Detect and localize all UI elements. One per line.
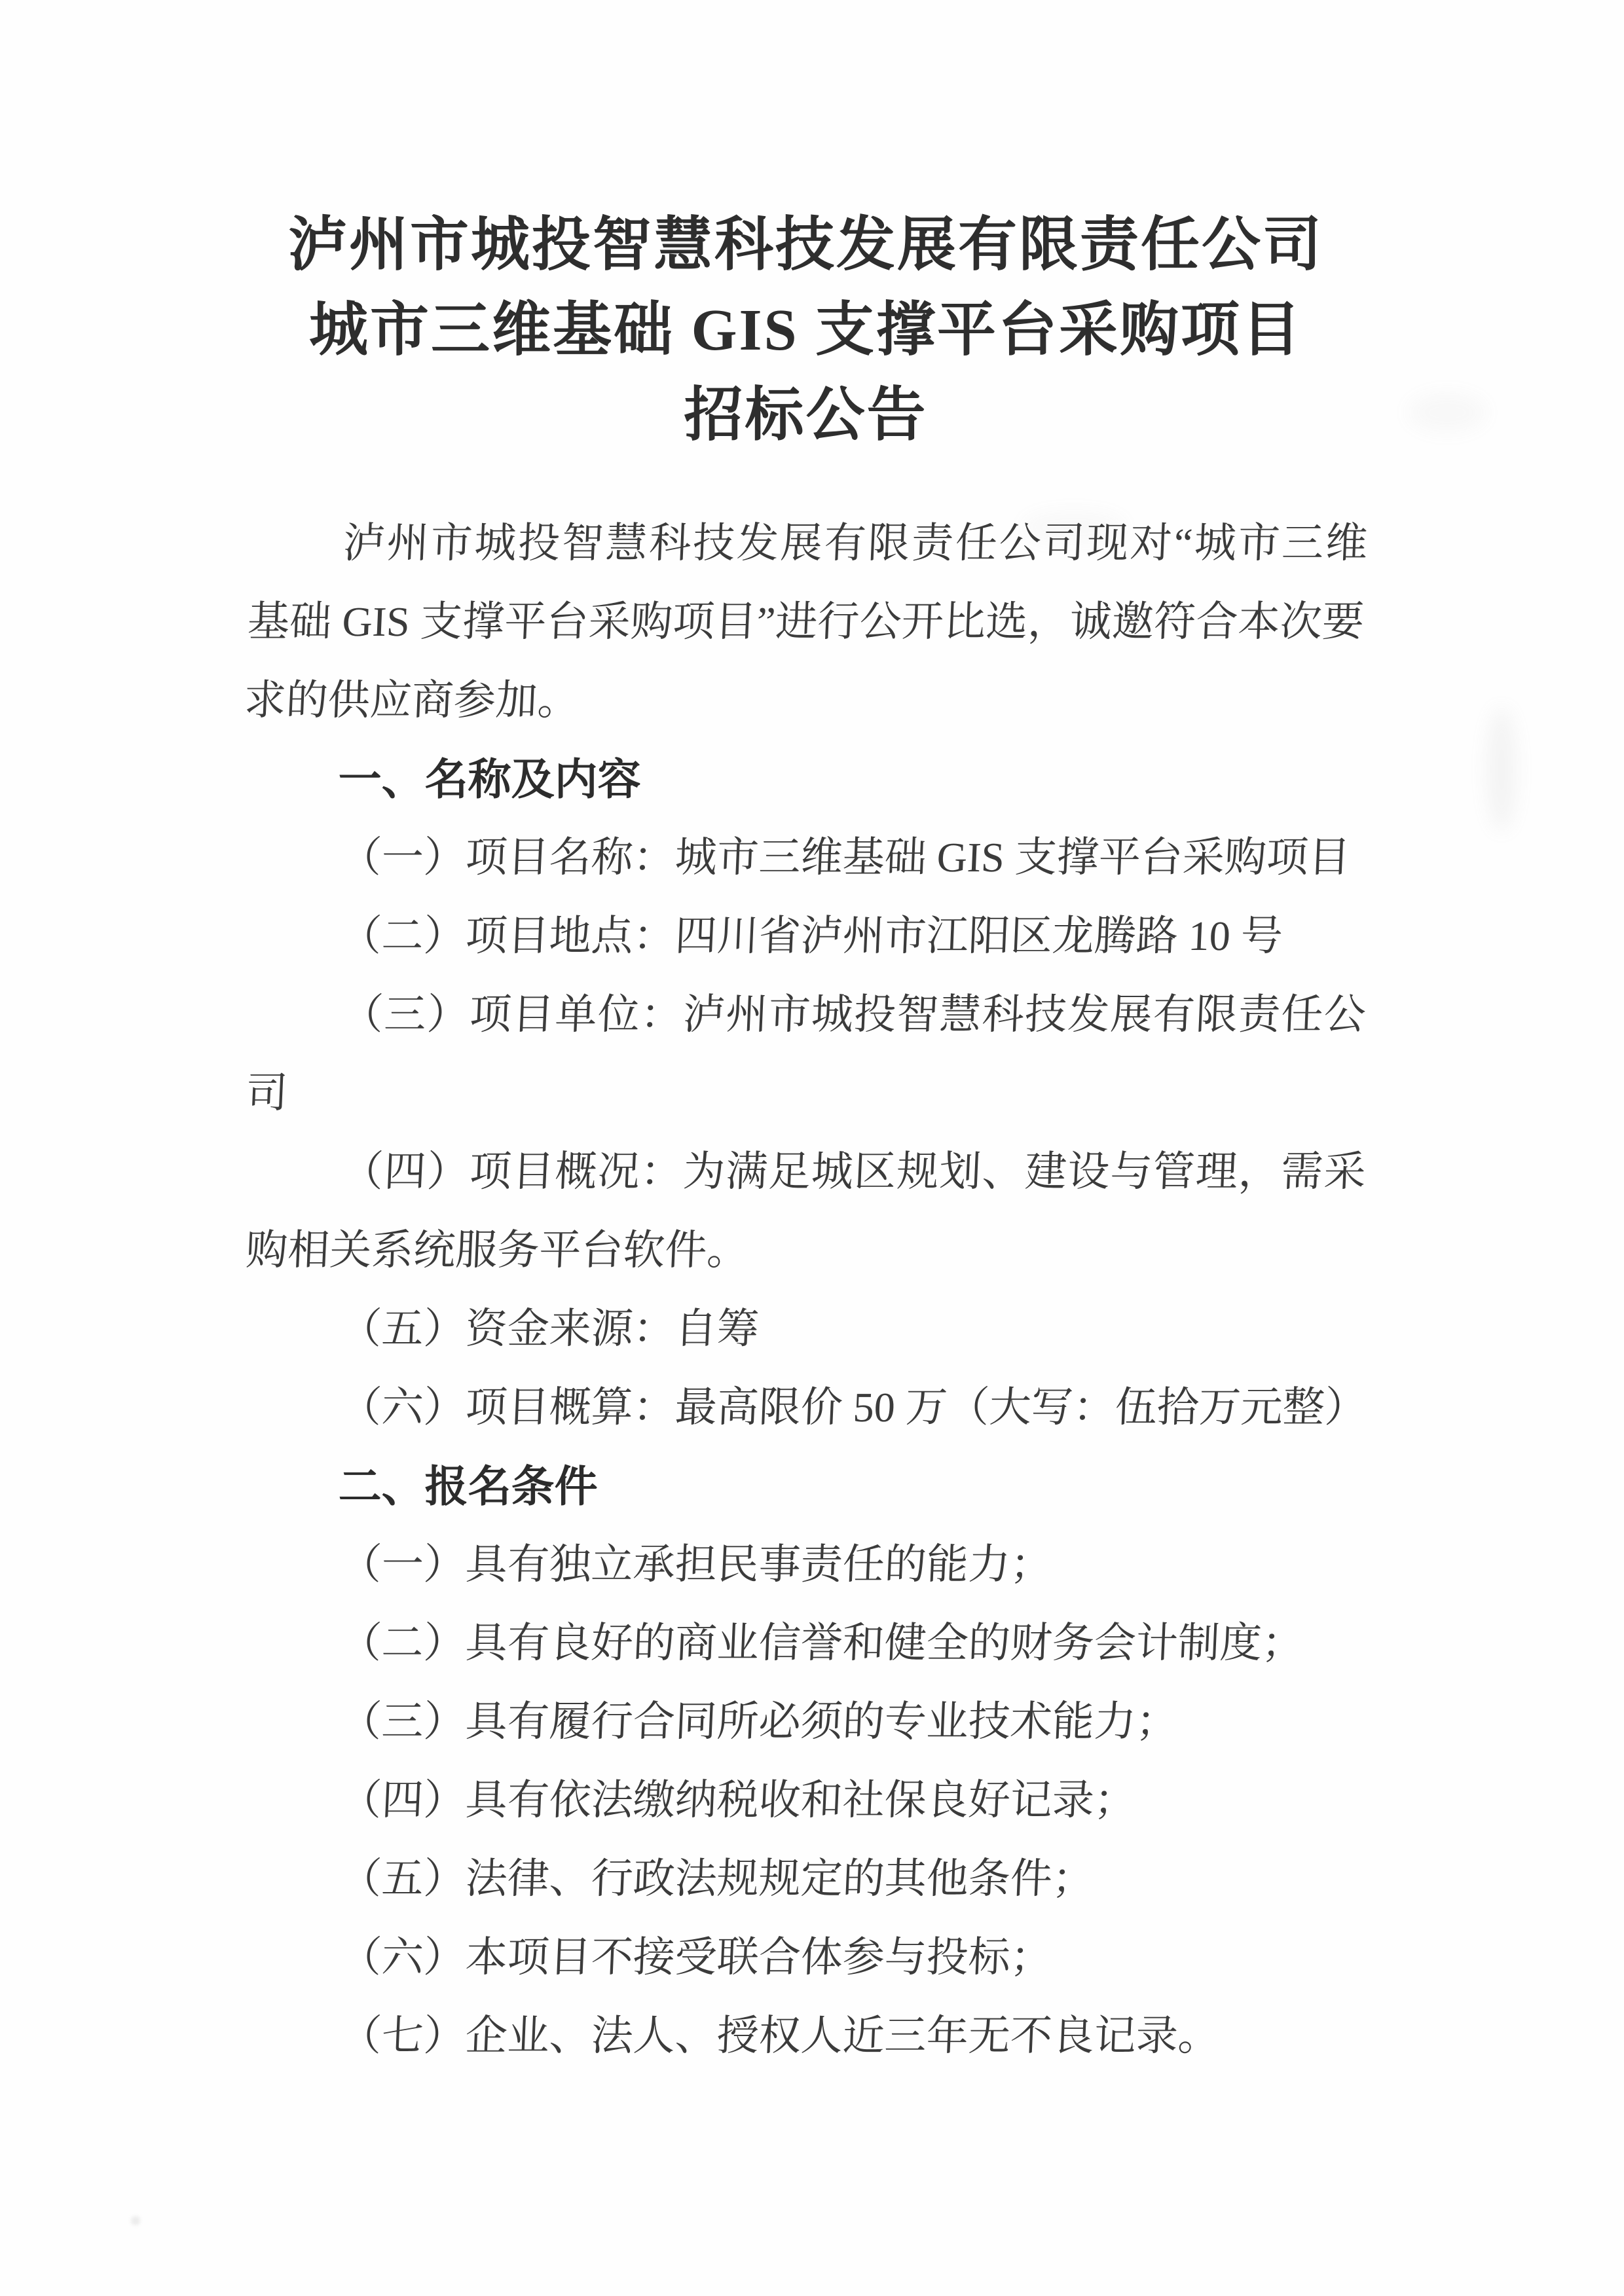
section-items: （一）项目名称：城市三维基础 GIS 支撑平台采购项目（二）项目地点：四川省泸州… — [248, 818, 1364, 1447]
scan-artifact — [1486, 707, 1517, 831]
scan-artifact — [131, 2216, 140, 2225]
section-item: （六）项目概算：最高限价 50 万（大写：伍拾万元整） — [246, 1368, 1365, 1447]
section-item: （五）法律、行政法规规定的其他条件； — [246, 1840, 1365, 1918]
section-heading: 一、名称及内容 — [248, 740, 1364, 818]
section-item: （六）本项目不接受联合体参与投标； — [246, 1918, 1365, 1997]
scan-artifact — [1408, 393, 1486, 432]
section-item: （三）项目单位：泸州市城投智慧科技发展有限责任公司 — [244, 975, 1367, 1133]
section-item: （一）项目名称：城市三维基础 GIS 支撑平台采购项目 — [246, 818, 1365, 897]
section-item: （四）项目概况：为满足城区规划、建设与管理，需采购相关系统服务平台软件。 — [244, 1133, 1367, 1290]
document-title-line: 城市三维基础 GIS 支撑平台采购项目 — [248, 288, 1364, 373]
intro-paragraph: 泸州市城投智慧科技发展有限责任公司现对“城市三维基础 GIS 支撑平台采购项目”… — [242, 504, 1369, 740]
section-name-and-content: 一、名称及内容 （一）项目名称：城市三维基础 GIS 支撑平台采购项目（二）项目… — [248, 740, 1364, 1447]
document-page: 泸州市城投智慧科技发展有限责任公司城市三维基础 GIS 支撑平台采购项目招标公告… — [0, 0, 1624, 2296]
document-title: 泸州市城投智慧科技发展有限责任公司城市三维基础 GIS 支撑平台采购项目招标公告 — [248, 203, 1364, 458]
document-content: 泸州市城投智慧科技发展有限责任公司城市三维基础 GIS 支撑平台采购项目招标公告… — [248, 203, 1364, 2075]
section-registration-conditions: 二、报名条件 （一）具有独立承担民事责任的能力；（二）具有良好的商业信誉和健全的… — [248, 1447, 1364, 2075]
section-item: （四）具有依法缴纳税收和社保良好记录； — [246, 1761, 1365, 1840]
document-title-line: 泸州市城投智慧科技发展有限责任公司 — [248, 203, 1364, 288]
document-title-line: 招标公告 — [248, 373, 1364, 458]
section-item: （三）具有履行合同所必须的专业技术能力； — [246, 1683, 1365, 1761]
section-heading: 二、报名条件 — [248, 1447, 1364, 1525]
section-item: （二）项目地点：四川省泸州市江阳区龙腾路 10 号 — [246, 897, 1365, 975]
section-item: （一）具有独立承担民事责任的能力； — [246, 1525, 1365, 1604]
section-items: （一）具有独立承担民事责任的能力；（二）具有良好的商业信誉和健全的财务会计制度；… — [248, 1525, 1364, 2075]
section-item: （二）具有良好的商业信誉和健全的财务会计制度； — [246, 1604, 1365, 1683]
section-item: （七）企业、法人、授权人近三年无不良记录。 — [246, 1997, 1365, 2075]
section-item: （五）资金来源：自筹 — [246, 1290, 1365, 1368]
